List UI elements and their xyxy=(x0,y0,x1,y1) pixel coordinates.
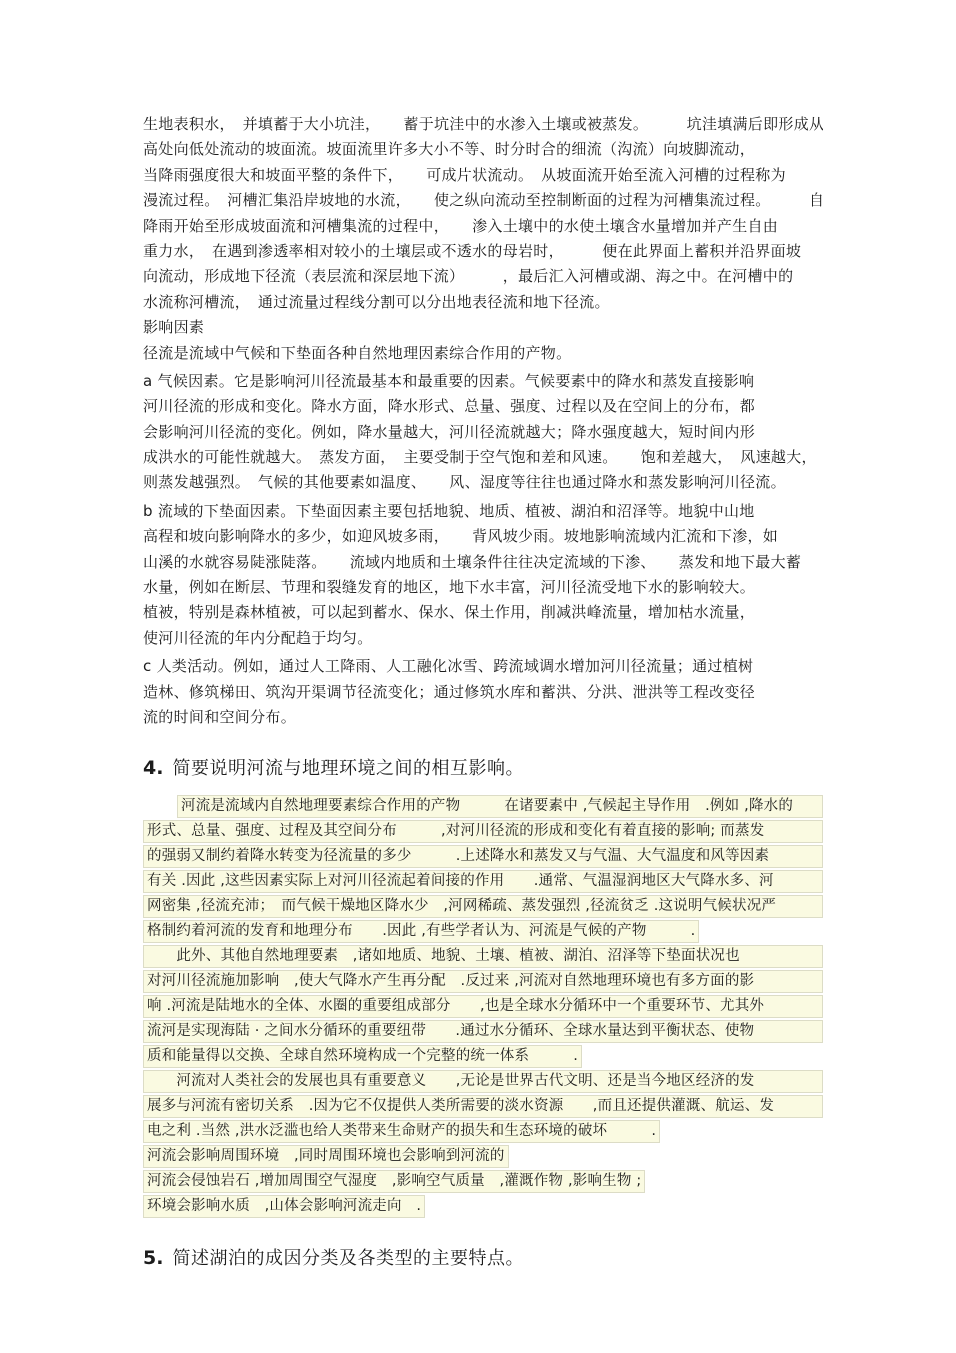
para-runoff-is-product: 径流是流域中气候和下垫面各种自然地理因素综合作用的产物。 xyxy=(143,341,823,366)
highlighted-text: 河流对人类社会的发展也具有重要意义 ,无论是世界古代文明、还是当今地区经济的发 xyxy=(143,1070,823,1093)
highlighted-text: 响 .河流是陆地水的全体、水圈的重要组成部分 ,也是全球水分循环中一个重要环节、… xyxy=(143,995,823,1018)
text-line: c 人类活动。例如，通过人工降雨、人工融化冰雪、跨流域调水增加河川径流量；通过植… xyxy=(143,654,823,679)
text-line: 水量，例如在断层、节理和裂缝发育的地区，地下水丰富，河川径流受地下水的影响较大。 xyxy=(143,575,823,600)
answer-line: 此外、其他自然地理要素 ,诸如地质、地貌、土壤、植被、湖泊、沼泽等下垫面状况也 xyxy=(143,945,823,970)
answer-line: 响 .河流是陆地水的全体、水圈的重要组成部分 ,也是全球水分循环中一个重要环节、… xyxy=(143,995,823,1020)
highlighted-text: 格制约着河流的发育和地理分布 .因此 ,有些学者认为、河流是气候的产物 . xyxy=(143,920,699,943)
answer-line: 网密集 ,径流充沛； 而气候干燥地区降水少 ,河网稀疏、蒸发强烈 ,径流贫乏 .… xyxy=(143,895,823,920)
document-page: 生地表积水， 并填蓄于大小坑洼， 蓄于坑洼中的水渗入土壤或被蒸发。 坑洼填满后即… xyxy=(0,0,956,1353)
answer-line: 质和能量得以交换、全球自然环境构成一个完整的统一体系 . xyxy=(143,1045,823,1070)
text-line: 降雨开始至形成坡面流和河槽集流的过程中， 渗入土壤中的水使土壤含水量增加并产生自… xyxy=(143,214,823,239)
highlighted-text: 河流是流域内自然地理要素综合作用的产物 在诸要素中 ,气候起主导作用 .例如 ,… xyxy=(177,795,823,818)
question-5-title: 简述湖泊的成因分类及各类型的主要特点。 xyxy=(172,1248,524,1269)
runoff-notes-section: 生地表积水， 并填蓄于大小坑洼， 蓄于坑洼中的水渗入土壤或被蒸发。 坑洼填满后即… xyxy=(143,112,823,730)
text-line: b 流域的下垫面因素。下垫面因素主要包括地貌、地质、植被、湖泊和沼泽等。地貌中山… xyxy=(143,499,823,524)
answer-line: 电之利 .当然 ,洪水泛滥也给人类带来生命财产的损失和生态环境的破坏 . xyxy=(143,1120,823,1145)
text-line: 流的时间和空间分布。 xyxy=(143,705,823,730)
question-5-number: 5. xyxy=(143,1247,163,1269)
highlighted-text: 此外、其他自然地理要素 ,诸如地质、地貌、土壤、植被、湖泊、沼泽等下垫面状况也 xyxy=(143,945,823,968)
para-b-underlying-surface-factor: b 流域的下垫面因素。下垫面因素主要包括地貌、地质、植被、湖泊和沼泽等。地貌中山… xyxy=(143,499,823,651)
question-4-heading: 4.简要说明河流与地理环境之间的相互影响。 xyxy=(143,751,823,782)
answer-line: 河流对人类社会的发展也具有重要意义 ,无论是世界古代文明、还是当今地区经济的发 xyxy=(143,1070,823,1095)
text-line: 则蒸发越强烈。 气候的其他要素如温度、 风、湿度等往往也通过降水和蒸发影响河川径… xyxy=(143,470,823,495)
text-line: 会影响河川径流的变化。例如，降水量越大，河川径流就越大；降水强度越大，短时间内形 xyxy=(143,420,823,445)
answer-line: 河流会影响周围环境 ,同时周围环境也会影响到河流的 xyxy=(143,1145,823,1170)
answer-line: 的强弱又制约着降水转变为径流量的多少 .上述降水和蒸发又与气温、大气温度和风等因… xyxy=(143,845,823,870)
text-line: 重力水， 在遇到渗透率相对较小的土壤层或不透水的母岩时， 便在此界面上蓄积并沿界… xyxy=(143,239,823,264)
text-line: 河川径流的形成和变化。降水方面，降水形式、总量、强度、过程以及在空间上的分布，都 xyxy=(143,394,823,419)
highlighted-text: 质和能量得以交换、全球自然环境构成一个完整的统一体系 . xyxy=(143,1045,582,1068)
text-line: a 气候因素。它是影响河川径流最基本和最重要的因素。气候要素中的降水和蒸发直接影… xyxy=(143,369,823,394)
answer-line: 有关 .因此 ,这些因素实际上对河川径流起着间接的作用 .通常、气温湿润地区大气… xyxy=(143,870,823,895)
highlighted-text: 网密集 ,径流充沛； 而气候干燥地区降水少 ,河网稀疏、蒸发强烈 ,径流贫乏 .… xyxy=(143,895,823,918)
text-line: 植被，特别是森林植被，可以起到蓄水、保水、保土作用，削减洪峰流量，增加枯水流量， xyxy=(143,600,823,625)
para-a-climate-factor: a 气候因素。它是影响河川径流最基本和最重要的因素。气候要素中的降水和蒸发直接影… xyxy=(143,369,823,496)
text-line: 水流称河槽流， 通过流量过程线分割可以分出地表径流和地下径流。 xyxy=(143,290,823,315)
highlighted-text: 对河川径流施加影响 ,使大气降水产生再分配 .反过来 ,河流对自然地理环境也有多… xyxy=(143,970,823,993)
answer-line: 形式、总量、强度、过程及其空间分布 ,对河川径流的形成和变化有着直接的影响; 而… xyxy=(143,820,823,845)
document-content: 生地表积水， 并填蓄于大小坑洼， 蓄于坑洼中的水渗入土壤或被蒸发。 坑洼填满后即… xyxy=(143,112,823,1285)
text-line: 造林、修筑梯田、筑沟开渠调节径流变化；通过修筑水库和蓄洪、分洪、泄洪等工程改变径 xyxy=(143,680,823,705)
highlighted-text: 河流会影响周围环境 ,同时周围环境也会影响到河流的 xyxy=(143,1145,509,1168)
question-5-heading: 5.简述湖泊的成因分类及各类型的主要特点。 xyxy=(143,1241,823,1272)
text-line: 高处向低处流动的坡面流。坡面流里许多大小不等、时分时合的细流（沟流）向坡脚流动， xyxy=(143,137,823,162)
text-line: 影响因素 xyxy=(143,315,823,340)
highlighted-text: 电之利 .当然 ,洪水泛滥也给人类带来生命财产的损失和生态环境的破坏 . xyxy=(143,1120,660,1143)
answer-line: 格制约着河流的发育和地理分布 .因此 ,有些学者认为、河流是气候的产物 . xyxy=(143,920,823,945)
highlighted-text: 河流会侵蚀岩石 ,增加周围空气湿度 ,影响空气质量 ,灌溉作物 ,影响生物 ; xyxy=(143,1170,645,1193)
answer-line: 流河是实现海陆 · 之间水分循环的重要纽带 .通过水分循环、全球水量达到平衡状态… xyxy=(143,1020,823,1045)
highlighted-text: 有关 .因此 ,这些因素实际上对河川径流起着间接的作用 .通常、气温湿润地区大气… xyxy=(143,870,823,893)
text-line: 漫流过程。 河槽汇集沿岸坡地的水流， 使之纵向流动至控制断面的过程为河槽集流过程… xyxy=(143,188,823,213)
answer-line: 环境会影响水质 ,山体会影响河流走向 . xyxy=(143,1195,823,1220)
text-line: 使河川径流的年内分配趋于均匀。 xyxy=(143,626,823,651)
answer-line: 河流是流域内自然地理要素综合作用的产物 在诸要素中 ,气候起主导作用 .例如 ,… xyxy=(143,795,823,820)
text-line: 向流动，形成地下径流（表层流和深层地下流） ，最后汇入河槽或湖、海之中。在河槽中… xyxy=(143,264,823,289)
text-line: 高程和坡向影响降水的多少，如迎风坡多雨， 背风坡少雨。坡地影响流域内汇流和下渗，… xyxy=(143,524,823,549)
text-line: 生地表积水， 并填蓄于大小坑洼， 蓄于坑洼中的水渗入土壤或被蒸发。 坑洼填满后即… xyxy=(143,112,823,137)
answer-line: 对河川径流施加影响 ,使大气降水产生再分配 .反过来 ,河流对自然地理环境也有多… xyxy=(143,970,823,995)
para-c-human-activity: c 人类活动。例如，通过人工降雨、人工融化冰雪、跨流域调水增加河川径流量；通过植… xyxy=(143,654,823,730)
question-4-title: 简要说明河流与地理环境之间的相互影响。 xyxy=(172,758,524,779)
text-line: 当降雨强度很大和坡面平整的条件下， 可成片状流动。 从坡面流开始至流入河槽的过程… xyxy=(143,163,823,188)
answer-line: 河流会侵蚀岩石 ,增加周围空气湿度 ,影响空气质量 ,灌溉作物 ,影响生物 ; xyxy=(143,1170,823,1195)
highlighted-text: 环境会影响水质 ,山体会影响河流走向 . xyxy=(143,1195,425,1218)
heading-influence-factors: 影响因素 xyxy=(143,315,823,340)
para-runoff-formation-process: 生地表积水， 并填蓄于大小坑洼， 蓄于坑洼中的水渗入土壤或被蒸发。 坑洼填满后即… xyxy=(143,112,823,315)
answer-4-highlighted-section: 河流是流域内自然地理要素综合作用的产物 在诸要素中 ,气候起主导作用 .例如 ,… xyxy=(143,795,823,1220)
highlighted-text: 形式、总量、强度、过程及其空间分布 ,对河川径流的形成和变化有着直接的影响; 而… xyxy=(143,820,823,843)
question-4-number: 4. xyxy=(143,757,163,779)
highlighted-text: 展多与河流有密切关系 .因为它不仅提供人类所需要的淡水资源 ,而且还提供灌溉、航… xyxy=(143,1095,823,1118)
highlighted-text: 流河是实现海陆 · 之间水分循环的重要纽带 .通过水分循环、全球水量达到平衡状态… xyxy=(143,1020,823,1043)
highlighted-text: 的强弱又制约着降水转变为径流量的多少 .上述降水和蒸发又与气温、大气温度和风等因… xyxy=(143,845,823,868)
text-line: 径流是流域中气候和下垫面各种自然地理因素综合作用的产物。 xyxy=(143,341,823,366)
text-line: 山溪的水就容易陡涨陡落。 流域内地质和土壤条件往往决定流域的下渗、 蒸发和地下最… xyxy=(143,550,823,575)
text-line: 成洪水的可能性就越大。 蒸发方面， 主要受制于空气饱和差和风速。 饱和差越大， … xyxy=(143,445,823,470)
answer-line: 展多与河流有密切关系 .因为它不仅提供人类所需要的淡水资源 ,而且还提供灌溉、航… xyxy=(143,1095,823,1120)
